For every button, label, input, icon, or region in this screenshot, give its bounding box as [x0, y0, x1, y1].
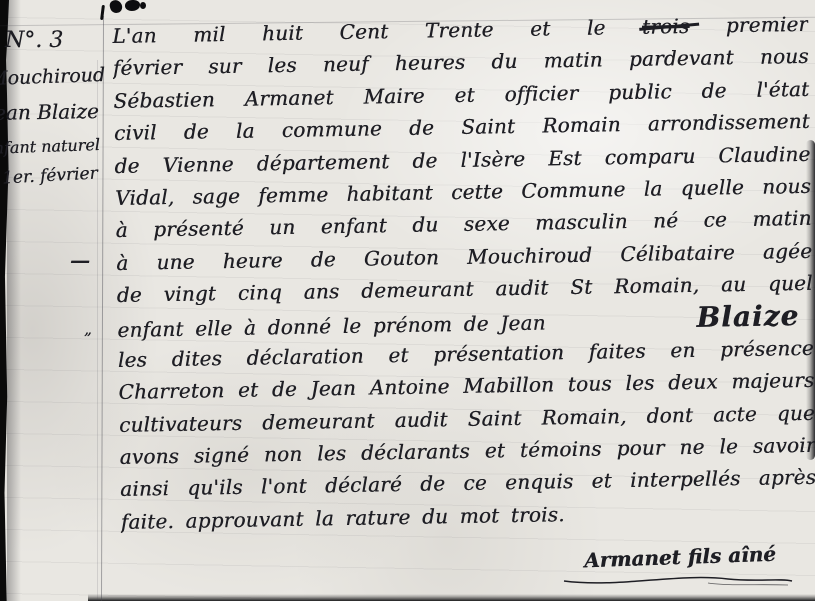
- margin-status-note: enfant naturel: [0, 135, 100, 158]
- child-name: Blaize: [696, 300, 799, 334]
- scan-left-edge-shadow: [7, 0, 21, 601]
- act-text-block: L'an mil huit Cent Trente et le trois pr…: [112, 8, 815, 538]
- act-line-1-before: L'an mil huit Cent Trente et le: [112, 15, 606, 48]
- margin-date-note: 1er. février: [2, 164, 99, 189]
- margin-surname: Mouchiroud: [0, 64, 105, 90]
- margin-quote-mark: „: [84, 320, 92, 338]
- margin-given-name: Jean Blaize: [0, 99, 99, 125]
- scan-bottom-dark-band: [88, 594, 815, 601]
- margin-separator-line: [101, 16, 104, 601]
- act-line-1-after: premier: [726, 12, 809, 37]
- margin-dash-mark: —: [70, 248, 90, 272]
- ink-blot-spot: [125, 0, 140, 11]
- signature-paraph-flourish: [558, 572, 798, 588]
- mayor-signature: Armanet fils aîné: [565, 541, 796, 573]
- scanned-civil-record-page: N°. 3 Mouchiroud Jean Blaize enfant natu…: [0, 0, 815, 601]
- ink-blot-stroke: [100, 5, 105, 20]
- struck-word: trois: [642, 14, 690, 39]
- ink-blot-spot: [109, 0, 124, 14]
- ink-blot-spot: [140, 2, 146, 9]
- margin-act-number: N°. 3: [5, 28, 63, 53]
